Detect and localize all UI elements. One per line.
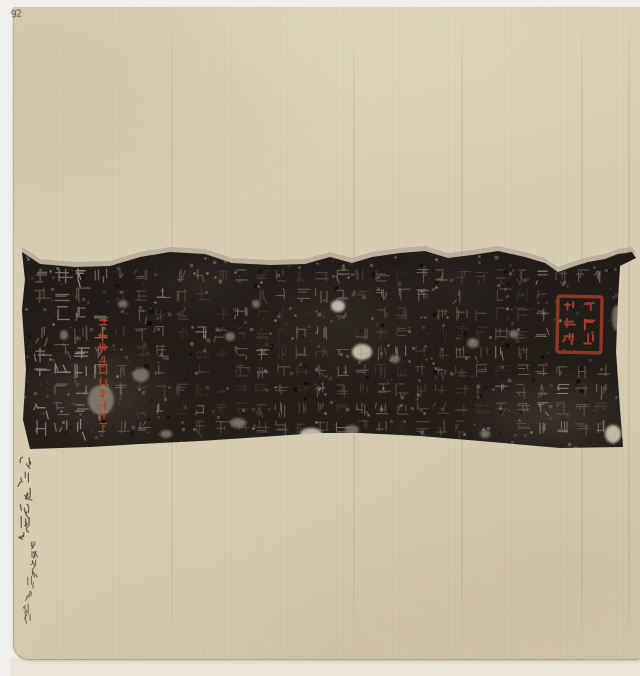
seal-border (557, 296, 602, 353)
collector-seal-stamp (557, 296, 602, 353)
annotation-title-column (18, 457, 32, 539)
catalog-pencil-number: 92 (11, 10, 22, 21)
engraved-character-columns (34, 269, 609, 440)
paper-crease (628, 7, 630, 659)
handwritten-annotation (10, 450, 60, 645)
annotation-glyphs-layer (10, 450, 60, 645)
scanner-backing-strip (10, 658, 640, 676)
annotation-signature (23, 577, 33, 624)
annotation-date-note (31, 542, 38, 578)
red-inscription-area (95, 320, 115, 435)
